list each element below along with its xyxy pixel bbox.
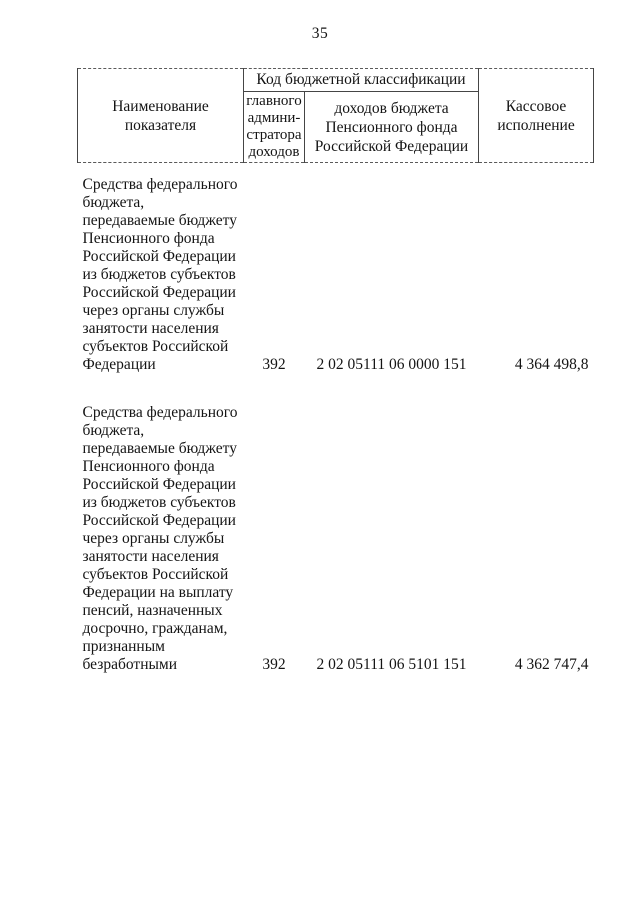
row-indicator-name: Средства федерального бюджета, передавае… [78, 374, 244, 674]
page-number: 35 [0, 25, 640, 43]
header-cash-execution: Кассовое исполнение [479, 69, 594, 163]
row-income-code: 2 02 05111 06 0000 151 [305, 163, 479, 375]
header-indicator-name: Наименование показателя [78, 69, 244, 163]
row-admin-code: 392 [244, 374, 305, 674]
row-indicator-name: Средства федерального бюджета, передавае… [78, 163, 244, 375]
document-page: 35 Наименование показателя Код бюджетной… [0, 0, 640, 905]
header-kbk-group: Код бюджетной классификации [244, 69, 479, 92]
row-cash-value: 4 362 747,4 [479, 374, 594, 674]
table-body: Средства федерального бюджета, передавае… [78, 163, 594, 675]
row-income-code: 2 02 05111 06 5101 151 [305, 374, 479, 674]
header-row-1: Наименование показателя Код бюджетной кл… [78, 69, 594, 92]
row-cash-value: 4 364 498,8 [479, 163, 594, 375]
header-admin-code: главного админи- стратора доходов [244, 92, 305, 163]
table-row: Средства федерального бюджета, передавае… [78, 163, 594, 375]
table-header: Наименование показателя Код бюджетной кл… [78, 69, 594, 163]
row-admin-code: 392 [244, 163, 305, 375]
header-income-code: доходов бюджета Пенсионного фонда Россий… [305, 92, 479, 163]
table-row: Средства федерального бюджета, передавае… [78, 374, 594, 674]
budget-table: Наименование показателя Код бюджетной кл… [77, 68, 594, 674]
